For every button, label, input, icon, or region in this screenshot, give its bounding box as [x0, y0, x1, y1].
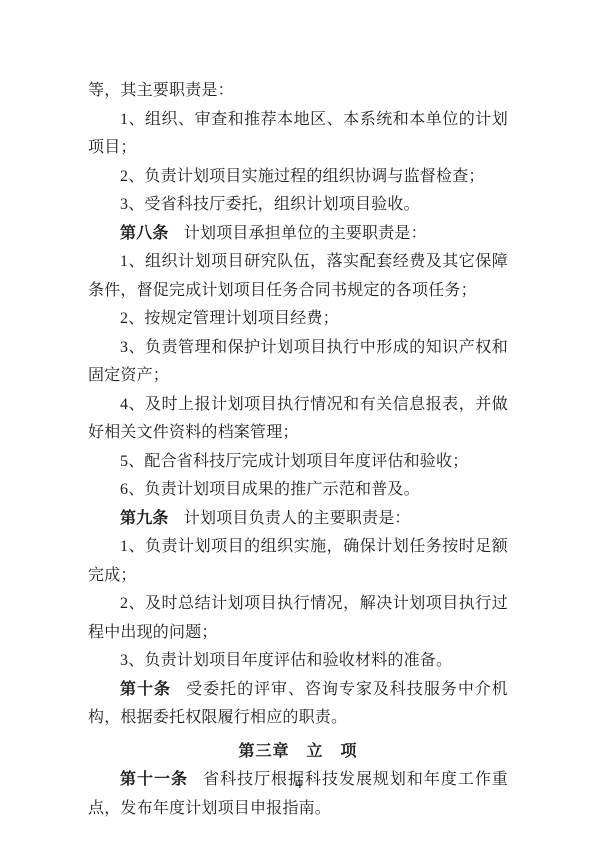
paragraph: 6、负责计划项目成果的推广示范和普及。 [88, 476, 508, 505]
paragraph: 1、负责计划项目的组织实施，确保计划任务按时足额完成； [88, 533, 508, 590]
paragraph: 2、按规定管理计划项目经费； [88, 305, 508, 334]
document-body: 等，其主要职责是：1、组织、审查和推荐本地区、本系统和本单位的计划项目；2、负责… [88, 77, 508, 823]
paragraph: 等，其主要职责是： [88, 77, 508, 106]
paragraph: 3、负责计划项目年度评估和验收材料的准备。 [88, 647, 508, 676]
document-page: 等，其主要职责是：1、组织、审查和推荐本地区、本系统和本单位的计划项目；2、负责… [0, 0, 597, 842]
article-label: 第九条 [120, 510, 169, 527]
paragraph: 3、受省科技厅委托，组织计划项目验收。 [88, 191, 508, 220]
article-paragraph: 第十条受委托的评审、咨询专家及科技服务中介机构，根据委托权限履行相应的职责。 [88, 676, 508, 733]
paragraph: 4、及时上报计划项目执行情况和有关信息报表，并做好相关文件资料的档案管理； [88, 391, 508, 448]
paragraph: 3、负责管理和保护计划项目执行中形成的知识产权和固定资产； [88, 334, 508, 391]
article-paragraph: 第九条计划项目负责人的主要职责是： [88, 505, 508, 534]
paragraph: 1、组织、审查和推荐本地区、本系统和本单位的计划项目； [88, 106, 508, 163]
article-paragraph: 第十一条省科技厅根据科技发展规划和年度工作重点，发布年度计划项目申报指南。 [88, 766, 508, 823]
article-text: 计划项目承担单位的主要职责是： [184, 225, 427, 242]
paragraph: 1、组织计划项目研究队伍，落实配套经费及其它保障条件，督促完成计划项目任务合同书… [88, 248, 508, 305]
chapter-heading: 第三章 立 项 [88, 738, 508, 767]
paragraph: 2、及时总结计划项目执行情况，解决计划项目执行过程中出现的问题； [88, 590, 508, 647]
article-paragraph: 第八条计划项目承担单位的主要职责是： [88, 220, 508, 249]
paragraph: 2、负责计划项目实施过程的组织协调与监督检查； [88, 163, 508, 192]
page-number: 4 [0, 776, 597, 792]
article-label: 第十条 [120, 681, 171, 698]
article-text: 计划项目负责人的主要职责是： [184, 510, 411, 527]
article-label: 第八条 [120, 225, 169, 242]
paragraph: 5、配合省科技厅完成计划项目年度评估和验收； [88, 448, 508, 477]
